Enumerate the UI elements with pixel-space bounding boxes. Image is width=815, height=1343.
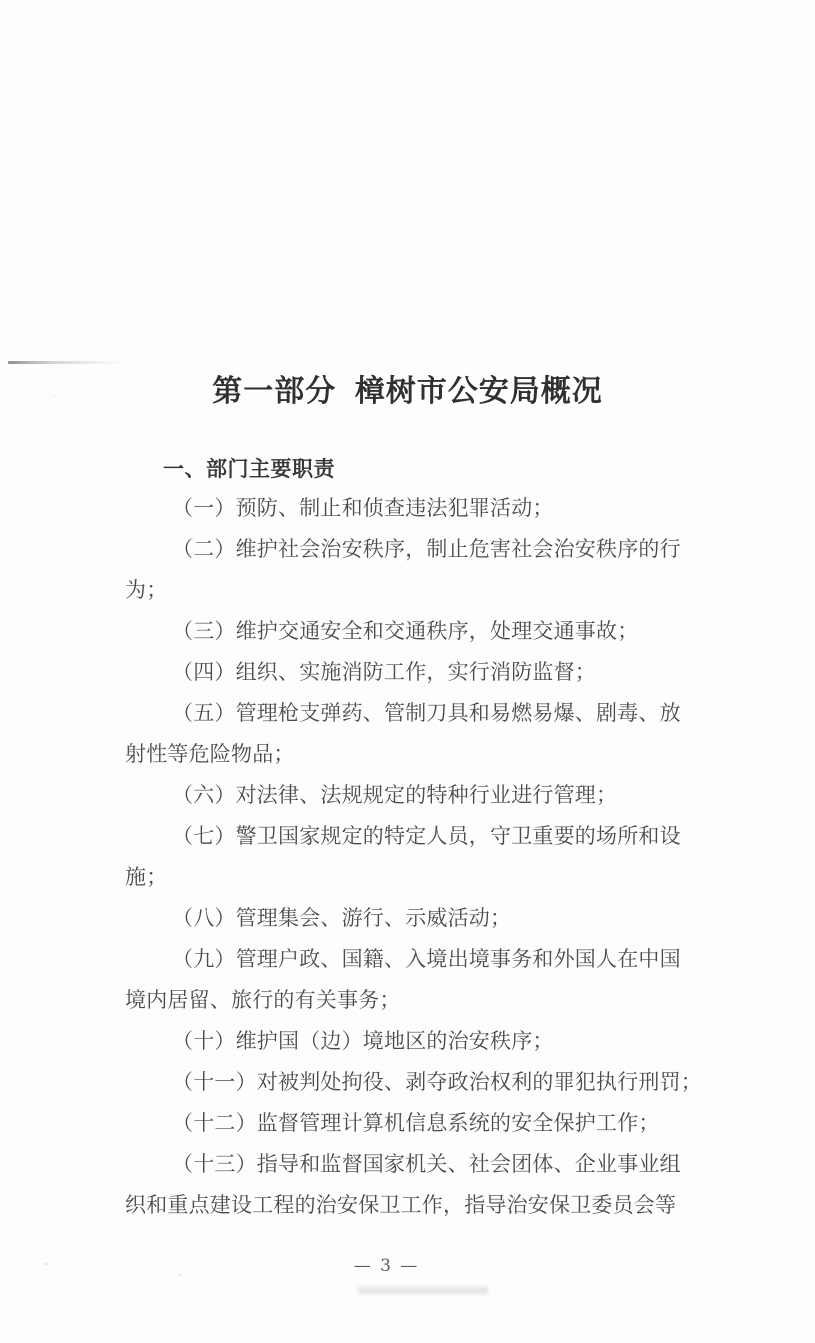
text-line: （一）预防、制止和侦查违法犯罪活动； [125,488,690,529]
text-line: （十）维护国（边）境地区的治安秩序； [125,1021,690,1062]
page-number: — 3 — [0,1256,794,1276]
text-line: 为； [125,570,690,611]
text-line: （十二）监督管理计算机信息系统的安全保护工作； [125,1103,690,1144]
text-line: （五）管理枪支弹药、管制刀具和易燃易爆、剧毒、放 [125,693,690,734]
scan-artifact-streak [8,361,122,364]
text-line: 织和重点建设工程的治安保卫工作，指导治安保卫委员会等 [125,1185,690,1226]
text-line: （十三）指导和监督国家机关、社会团体、企业事业组 [125,1144,690,1185]
text-line: （七）警卫国家规定的特定人员，守卫重要的场所和设 [125,816,690,857]
text-line: （六）对法律、法规规定的特种行业进行管理； [125,775,690,816]
body-text-block: （一）预防、制止和侦查违法犯罪活动；（二）维护社会治安秩序，制止危害社会治安秩序… [125,488,690,1226]
scanned-document-page: 第一部分 樟树市公安局概况 一、部门主要职责 （一）预防、制止和侦查违法犯罪活动… [0,0,815,1343]
section-heading: 一、部门主要职责 [163,453,335,483]
scan-artifact-speck [178,1274,181,1276]
text-line: （八）管理集会、游行、示威活动； [125,898,690,939]
scan-artifact-speck [45,1263,48,1265]
text-line: （九）管理户政、国籍、入境出境事务和外国人在中国 [125,939,690,980]
text-line: 射性等危险物品； [125,734,690,775]
text-line: （十一）对被判处拘役、剥夺政治权利的罪犯执行刑罚； [125,1062,690,1103]
scan-artifact-smudge [358,1287,488,1294]
text-line: （四）组织、实施消防工作，实行消防监督； [125,652,690,693]
document-title: 第一部分 樟树市公安局概况 [0,366,815,410]
text-line: 境内居留、旅行的有关事务； [125,980,690,1021]
text-line: （二）维护社会治安秩序，制止危害社会治安秩序的行 [125,529,690,570]
text-line: （三）维护交通安全和交通秩序，处理交通事故； [125,611,690,652]
text-line: 施； [125,857,690,898]
